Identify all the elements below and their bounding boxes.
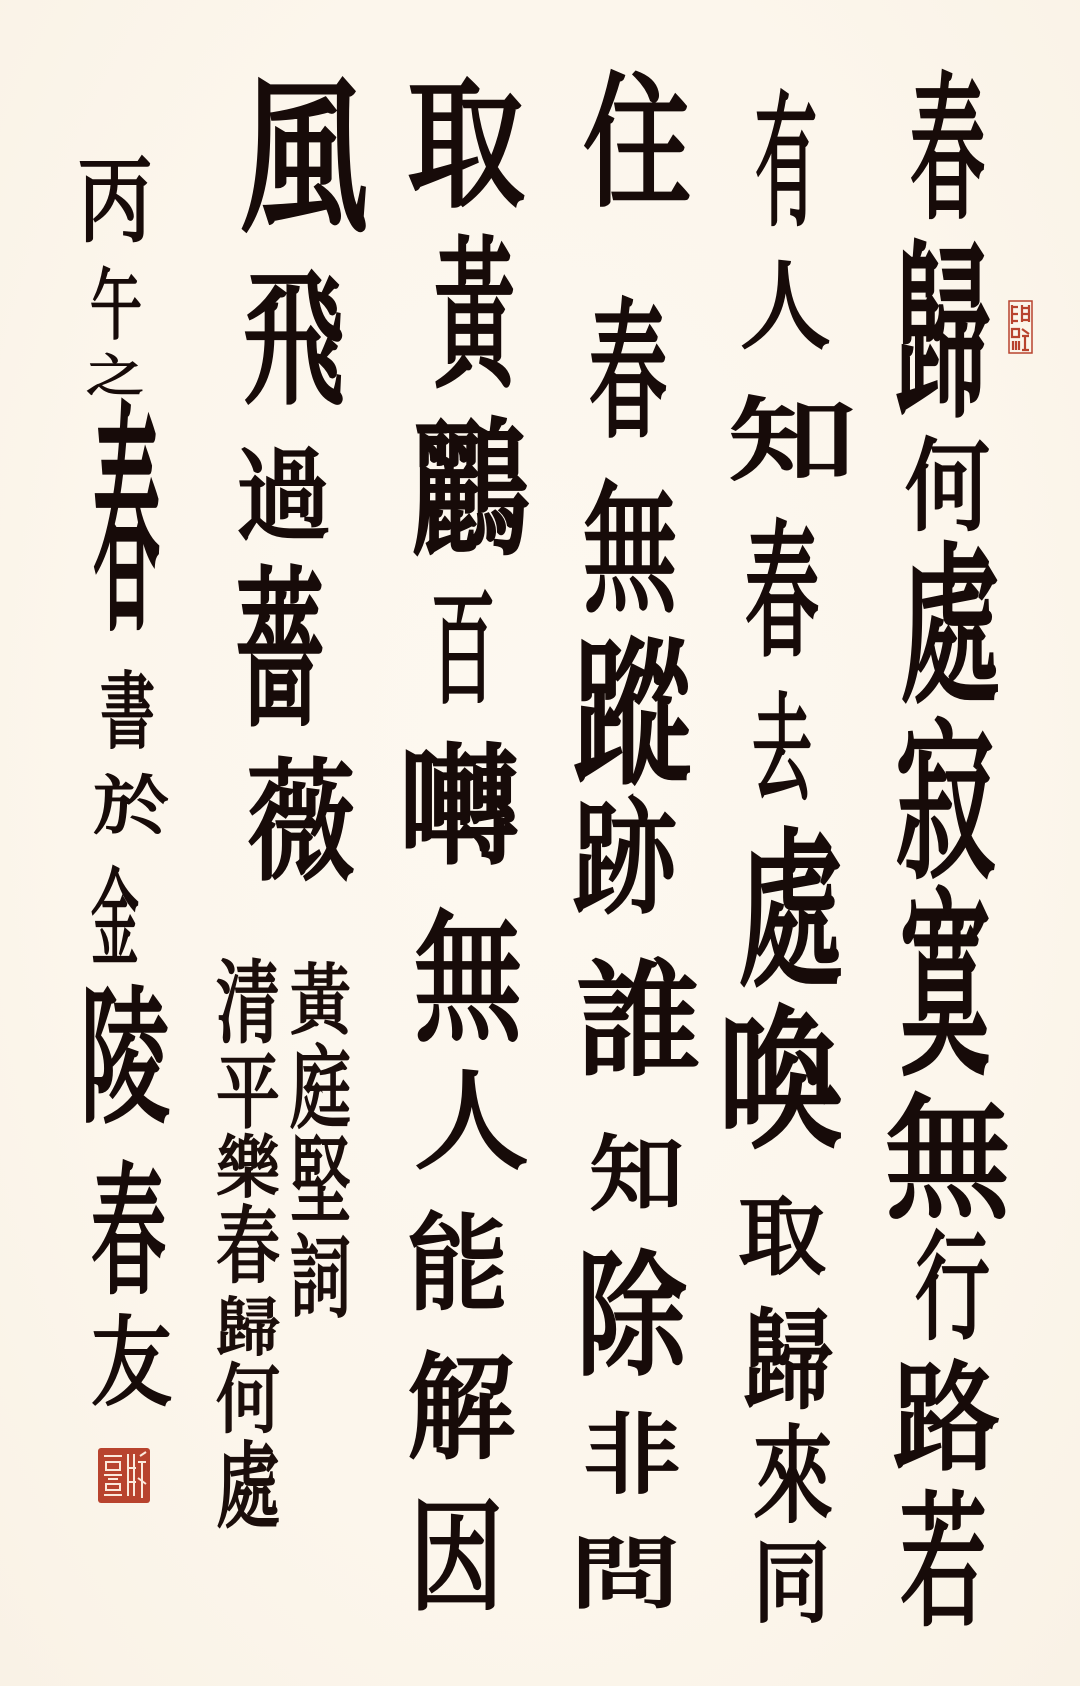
- poem-char: 歸: [743, 1307, 833, 1416]
- poem-char: 囀: [399, 742, 519, 873]
- colophon-char: 金: [91, 868, 139, 973]
- poem-char: 能: [407, 1211, 508, 1316]
- colophon-char: 之: [86, 353, 144, 398]
- colophon-char: 午: [90, 269, 142, 346]
- poem-char: 寞: [900, 888, 990, 1088]
- poem-char: 何: [905, 437, 990, 538]
- poem-char: 過: [236, 446, 331, 547]
- poem-char: 知: [589, 1133, 684, 1216]
- poem-char: 春: [745, 520, 819, 667]
- poem-char: 跡: [573, 797, 677, 921]
- poem-column-2: 有 人 知 春 去 處 喚 取 歸 來 同: [0, 0, 1080, 1686]
- poem-char: 歸: [895, 240, 990, 430]
- inscription-char: 平: [216, 1054, 280, 1135]
- inscription-char: 處: [216, 1441, 280, 1535]
- colophon-char: 春: [93, 400, 160, 645]
- poem-column-5: 風 飛 過 薔 薇: [0, 0, 1080, 1686]
- calligraphy-sheet: 春 歸 何 處 寂 寞 無 行 路 若 有 人 知 春 去 處 喚 取 歸 來 …: [0, 0, 1080, 1686]
- seal-stamp-icon: [98, 1448, 150, 1503]
- poem-char: 薇: [247, 757, 355, 889]
- poem-char: 喚: [718, 1005, 843, 1159]
- poem-char: 同: [753, 1539, 830, 1629]
- poem-char: 若: [900, 1489, 987, 1634]
- poem-char: 路: [893, 1360, 1000, 1478]
- inscription-char: 樂: [216, 1135, 280, 1203]
- poem-char: 有: [755, 91, 817, 236]
- poem-char: 寂: [895, 717, 995, 888]
- poem-char: 取: [738, 1193, 826, 1280]
- poem-char: 人: [740, 260, 831, 356]
- inscription-char: 庭: [290, 1044, 351, 1135]
- poem-char: 風: [240, 74, 368, 243]
- inscription-char: 堅: [290, 1135, 351, 1230]
- poem-char: 處: [738, 826, 843, 997]
- colophon-date-column: 丙 午 之 春 書 於 金 陵: [0, 0, 1080, 1686]
- poem-char: 行: [915, 1230, 990, 1348]
- poem-char: 知: [728, 395, 856, 486]
- poem-char: 蹤: [573, 635, 691, 794]
- colophon-char: 於: [93, 774, 169, 838]
- poem-char: 住: [583, 71, 691, 216]
- seal-stamp-icon: [1008, 300, 1033, 354]
- colophon-char: 丙: [78, 154, 152, 248]
- inscription-char: 詞: [290, 1233, 351, 1324]
- poem-char: 因: [410, 1497, 503, 1617]
- inscription-title-column: 清 平 樂 春 歸 何 處: [0, 0, 1080, 1686]
- inscription-char: 清: [216, 959, 280, 1050]
- poem-char: 問: [570, 1535, 680, 1613]
- colophon-char: 陵: [80, 985, 170, 1132]
- poem-column-1: 春 歸 何 處 寂 寞 無 行 路 若: [0, 0, 1080, 1686]
- inscription-char: 黃: [290, 963, 351, 1040]
- poem-char: 無: [583, 480, 677, 622]
- poem-char: 處: [900, 540, 1000, 713]
- inscription-char: 春: [216, 1206, 280, 1290]
- colophon-char: 書: [100, 669, 155, 753]
- inscription-poet-column: 黃 庭 堅 詞: [0, 0, 1080, 1686]
- poem-char: 無: [414, 909, 522, 1051]
- signature-char: 春: [91, 1162, 166, 1304]
- poem-char: 飛: [243, 267, 345, 414]
- poem-column-3: 住 春 無 蹤 跡 誰 知 除 非 問: [0, 0, 1080, 1686]
- poem-char: 百: [431, 590, 495, 713]
- inscription-char: 歸: [216, 1297, 280, 1361]
- poem-column-4: 取 黃 鸝 百 囀 無 人 能 解 因: [0, 0, 1080, 1686]
- poem-char: 人: [414, 1068, 529, 1176]
- signature: 春 友: [0, 0, 1080, 1686]
- signature-char: 友: [91, 1314, 172, 1412]
- poem-char: 誰: [576, 959, 701, 1084]
- poem-char: 來: [753, 1423, 833, 1529]
- poem-char: 非: [583, 1412, 681, 1500]
- poem-char: 黃: [434, 236, 515, 399]
- poem-char: 春: [589, 299, 667, 449]
- poem-char: 解: [407, 1351, 515, 1466]
- poem-char: 除: [576, 1250, 687, 1385]
- poem-char: 鸝: [412, 416, 529, 564]
- poem-char: 春: [910, 72, 985, 230]
- leading-seal: [1008, 300, 1033, 354]
- inscription-char: 何: [216, 1363, 280, 1439]
- poem-char: 無: [885, 1093, 1010, 1228]
- name-seal: [98, 1448, 150, 1503]
- poem-char: 薔: [236, 564, 324, 736]
- poem-char: 取: [407, 74, 525, 216]
- poem-char: 去: [752, 693, 812, 809]
